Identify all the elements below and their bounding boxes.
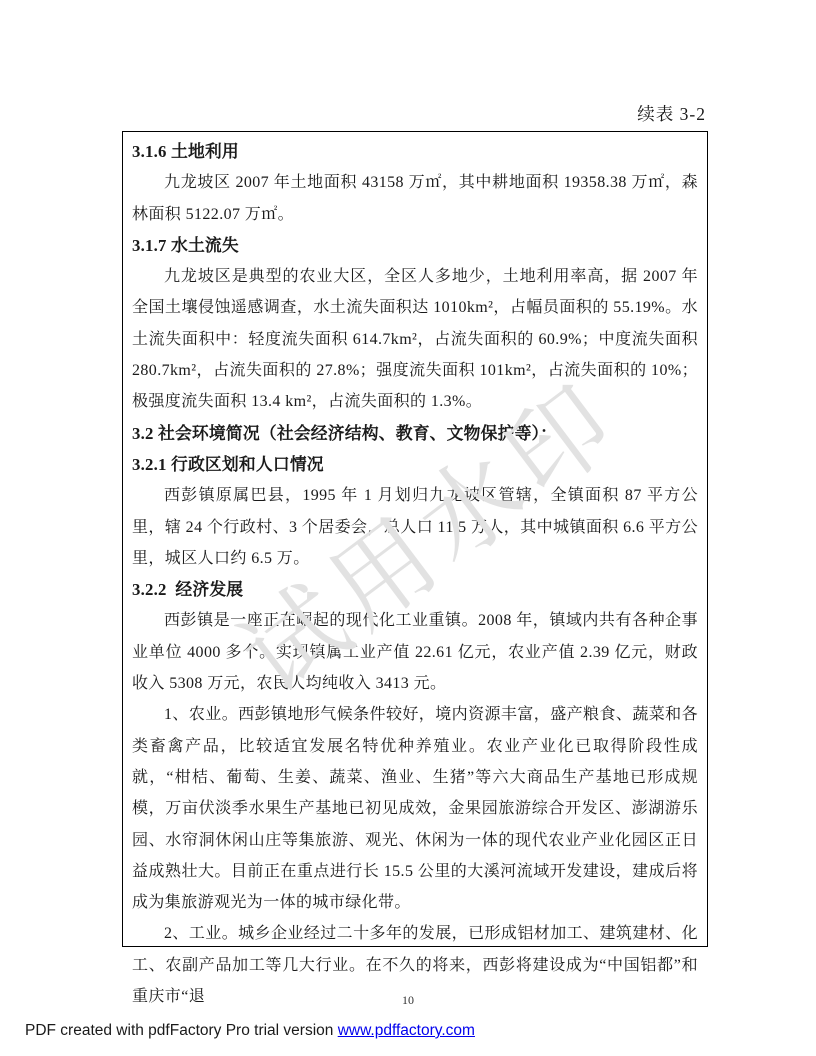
paragraph-economic-overview: 西彭镇是一座正在崛起的现代化工业重镇。2008 年，镇域内共有各种企事业单位 4…	[132, 605, 698, 699]
paragraph-agriculture: 1、农业。西彭镇地形气候条件较好，境内资源丰富，盛产粮食、蔬菜和各类畜禽产品，比…	[132, 699, 698, 918]
section-heading-3-2-1: 3.2.1 行政区划和人口情况	[132, 449, 698, 480]
paragraph-land-use: 九龙坡区 2007 年土地面积 43158 万㎡，其中耕地面积 19358.38…	[132, 167, 698, 230]
continuation-table-label: 续表 3-2	[637, 101, 706, 126]
content-box: 3.1.6 土地利用 九龙坡区 2007 年土地面积 43158 万㎡，其中耕地…	[122, 131, 708, 947]
pdf-footer-text: PDF created with pdfFactory Pro trial ve…	[25, 1022, 338, 1039]
document-page: 续表 3-2 3.1.6 土地利用 九龙坡区 2007 年土地面积 43158 …	[0, 0, 816, 1056]
paragraph-administrative-population: 西彭镇原属巴县，1995 年 1 月划归九龙坡区管辖，全镇面积 87 平方公里，…	[132, 480, 698, 574]
page-number: 10	[0, 993, 816, 1008]
paragraph-soil-erosion: 九龙坡区是典型的农业大区，全区人多地少，土地利用率高，据 2007 年全国土壤侵…	[132, 261, 698, 417]
pdffactory-link[interactable]: www.pdffactory.com	[338, 1022, 475, 1039]
section-heading-3-2: 3.2 社会环境简况（社会经济结构、教育、文物保护等）：	[132, 418, 698, 449]
section-heading-3-2-2: 3.2.2 经济发展	[132, 574, 698, 605]
section-heading-3-1-6: 3.1.6 土地利用	[132, 136, 698, 167]
pdf-footer: PDF created with pdfFactory Pro trial ve…	[25, 1022, 475, 1040]
section-heading-3-1-7: 3.1.7 水土流失	[132, 230, 698, 261]
